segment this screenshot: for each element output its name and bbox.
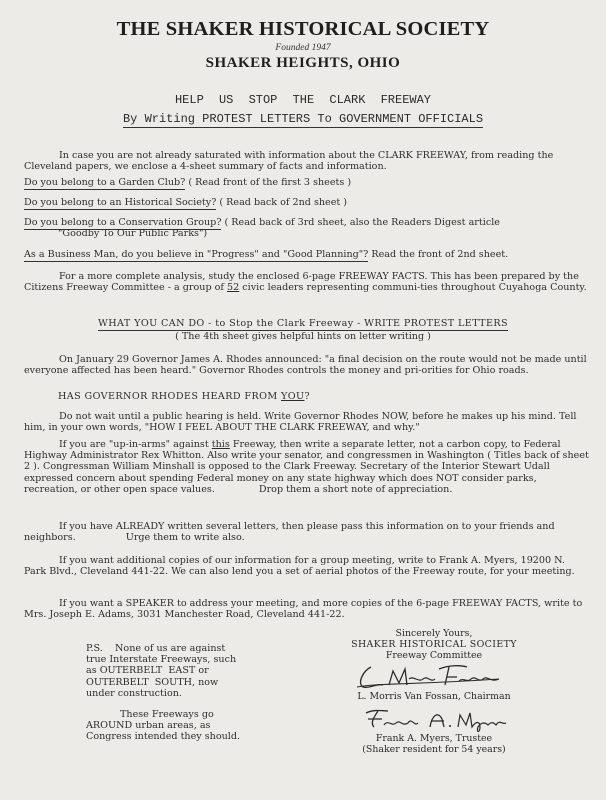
governor-question-emphasis: YOU (281, 391, 304, 402)
letter-page: THE SHAKER HISTORICAL SOCIETY Founded 19… (0, 0, 606, 800)
question-garden-club: Do you belong to a Garden Club? ( Read f… (24, 177, 590, 188)
question-hint: Read the front of 2nd sheet. (368, 249, 508, 260)
question-business-man: As a Business Man, do you believe in "Pr… (24, 249, 590, 260)
governor-question-text: HAS GOVERNOR RHODES HEARD FROM (58, 391, 281, 402)
ps-line: Congress intended they should. (86, 731, 286, 742)
signature-myers-icon (354, 705, 514, 733)
headline-main: HELP US STOP THE CLARK FREEWAY (0, 93, 606, 107)
question-hint: ( Read back of 2nd sheet ) (216, 197, 347, 208)
ps-line: true Interstate Freeways, such (86, 654, 286, 665)
ps-line: as OUTERBELT EAST or (86, 665, 286, 676)
committee-count: 52 (227, 282, 239, 293)
signature-myers (320, 705, 548, 733)
write-now-paragraph: Do not wait until a public hearing is he… (24, 411, 590, 433)
governor-paragraph: On January 29 Governor James A. Rhodes a… (24, 354, 590, 376)
intro-paragraph: In case you are not already saturated wi… (24, 150, 590, 172)
already-written-paragraph: If you have ALREADY written several lett… (24, 521, 590, 543)
appreciation-note: Drop them a short note of appreciation. (259, 484, 453, 495)
closing-block: Sincerely Yours, SHAKER HISTORICAL SOCIE… (320, 628, 548, 755)
ps-line: P.S. None of us are against (86, 643, 286, 654)
ps-line: OUTERBELT SOUTH, now (86, 677, 286, 688)
headline-sub-text: By Writing PROTEST LETTERS To GOVERNMENT… (123, 112, 483, 128)
analysis-text-end: civic leaders representing communi-ties … (239, 282, 586, 293)
up-in-arms-paragraph: If you are "up-in-arms" against this Fre… (24, 439, 590, 495)
up-in-arms-text: If you are "up-in-arms" against (59, 439, 212, 450)
speaker-paragraph: If you want a SPEAKER to address your me… (24, 598, 590, 620)
postscript: P.S. None of us are against true Interst… (86, 643, 286, 743)
closing-committee: Freeway Committee (320, 650, 548, 661)
question-hint: ( Read front of the first 3 sheets ) (185, 177, 351, 188)
closing-org: SHAKER HISTORICAL SOCIETY (320, 639, 548, 650)
question-hint-continued: "Goodby To Our Public Parks") (24, 228, 590, 239)
founded-year: Founded 1947 (0, 43, 606, 53)
governor-question-end: ? (305, 391, 311, 402)
org-name: THE SHAKER HISTORICAL SOCIETY (0, 18, 606, 41)
question-conservation-group: Do you belong to a Conservation Group? (… (24, 217, 590, 239)
action-subheading: ( The 4th sheet gives helpful hints on l… (0, 331, 606, 342)
signer2-name: Frank A. Myers, Trustee (320, 733, 548, 744)
question-historical-society: Do you belong to an Historical Society? … (24, 197, 590, 208)
salutation: Sincerely Yours, (320, 628, 548, 639)
up-in-arms-emphasis: this (212, 439, 230, 450)
ps-line: AROUND urban areas, as (86, 720, 286, 731)
signer1-name: L. Morris Van Fossan, Chairman (320, 691, 548, 702)
action-heading-text: WHAT YOU CAN DO - to Stop the Clark Free… (98, 318, 508, 331)
ps-line: These Freeways go (86, 709, 286, 720)
signature-van-fossan (320, 661, 548, 691)
analysis-paragraph: For a more complete analysis, study the … (24, 271, 590, 293)
signer2-note: (Shaker resident for 54 years) (320, 744, 548, 755)
signature-van-fossan-icon (349, 661, 519, 691)
question-hint: ( Read back of 3rd sheet, also the Reade… (221, 217, 499, 228)
governor-question: HAS GOVERNOR RHODES HEARD FROM YOU? (24, 391, 606, 402)
headline-sub: By Writing PROTEST LETTERS To GOVERNMENT… (0, 112, 606, 126)
already-written-tail: Urge them to write also. (126, 532, 245, 543)
copies-paragraph: If you want additional copies of our inf… (24, 555, 590, 577)
action-heading: WHAT YOU CAN DO - to Stop the Clark Free… (0, 318, 606, 329)
ps-line: under construction. (86, 688, 286, 699)
city-name: SHAKER HEIGHTS, OHIO (0, 55, 606, 72)
question-text: Do you belong to an Historical Society? (24, 197, 216, 210)
question-text: Do you belong to a Garden Club? (24, 177, 185, 190)
question-text: As a Business Man, do you believe in "Pr… (24, 249, 368, 262)
already-written-text: If you have ALREADY written several lett… (24, 521, 555, 543)
